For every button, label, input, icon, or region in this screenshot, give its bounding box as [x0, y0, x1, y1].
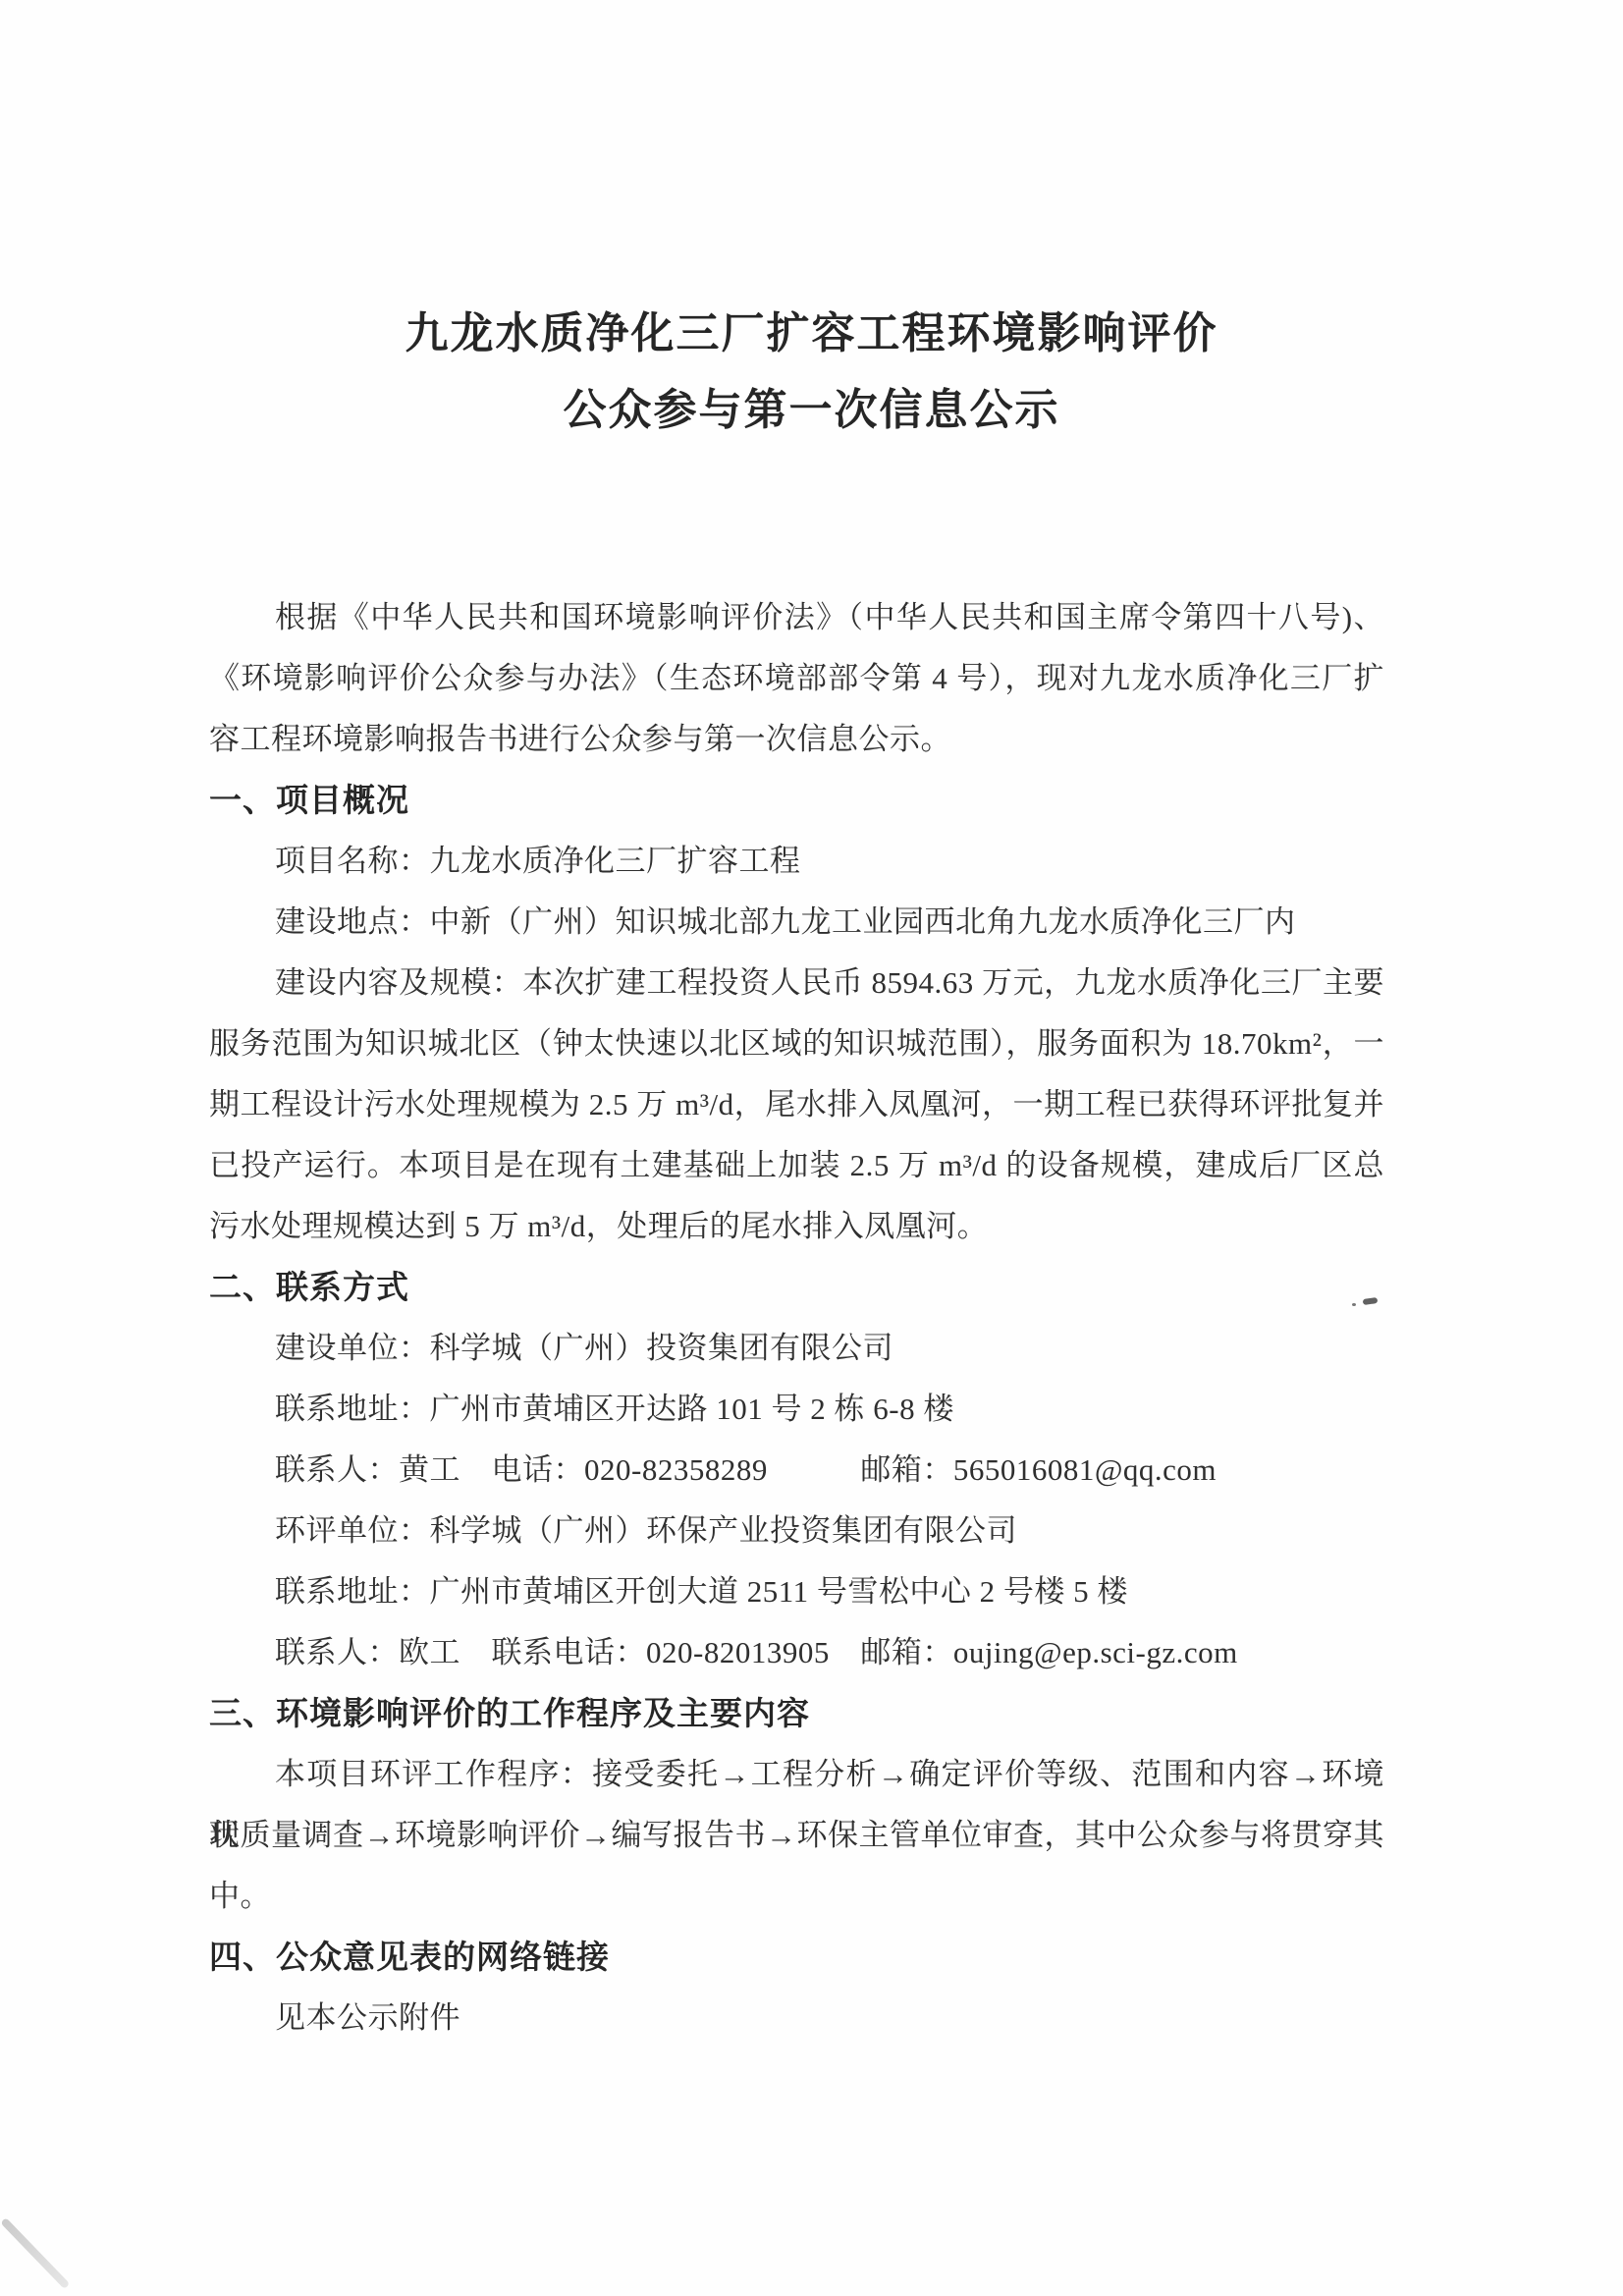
document-body: 根据《中华人民共和国环境影响评价法》（中华人民共和国主席令第四十八号)、 《环境… [209, 587, 1384, 2049]
attachment-note-line: 见本公示附件 [209, 1988, 1384, 2049]
document-title-line1: 九龙水质净化三厂扩容工程环境影响评价 [0, 296, 1623, 372]
project-scale-line: 污水处理规模达到 5 万 m³/d，处理后的尾水排入凤凰河。 [209, 1196, 1384, 1257]
intro-line: 根据《中华人民共和国环境影响评价法》（中华人民共和国主席令第四十八号)、 [209, 587, 1384, 648]
procedure-line: 状质量调查→环境影响评价→编写报告书→环保主管单位审查，其中公众参与将贯穿其 [209, 1805, 1384, 1866]
procedure-line: 中。 [209, 1866, 1384, 1927]
contact-person-line: 联系人：欧工 联系电话：020-82013905 邮箱：oujing@ep.sc… [209, 1622, 1384, 1683]
project-scale-line: 期工程设计污水处理规模为 2.5 万 m³/d，尾水排入凤凰河，一期工程已获得环… [209, 1074, 1384, 1135]
section-heading-feedback-link: 四、公众意见表的网络链接 [209, 1927, 1384, 1988]
contact-person-line: 联系人：黄工 电话：020-82358289 邮箱：565016081@qq.c… [209, 1440, 1384, 1501]
project-scale-line: 服务范围为知识城北区（钟太快速以北区域的知识城范围），服务面积为 18.70km… [209, 1013, 1384, 1074]
project-name-line: 项目名称：九龙水质净化三厂扩容工程 [209, 831, 1384, 892]
project-location-line: 建设地点：中新（广州）知识城北部九龙工业园西北角九龙水质净化三厂内 [209, 892, 1384, 953]
document-title: 九龙水质净化三厂扩容工程环境影响评价 公众参与第一次信息公示 [0, 296, 1623, 449]
document-title-line2: 公众参与第一次信息公示 [0, 372, 1623, 449]
construction-unit-line: 建设单位：科学城（广州）投资集团有限公司 [209, 1318, 1384, 1379]
ink-dot-artifact [1352, 1303, 1356, 1306]
scan-streak-artifact [0, 2217, 70, 2289]
section-heading-project-overview: 一、项目概况 [209, 770, 1384, 831]
contact-address-line: 联系地址：广州市黄埔区开达路 101 号 2 栋 6-8 楼 [209, 1379, 1384, 1440]
section-heading-work-procedure: 三、环境影响评价的工作程序及主要内容 [209, 1683, 1384, 1744]
contact-address-line: 联系地址：广州市黄埔区开创大道 2511 号雪松中心 2 号楼 5 楼 [209, 1561, 1384, 1622]
document-page: 九龙水质净化三厂扩容工程环境影响评价 公众参与第一次信息公示 根据《中华人民共和… [0, 0, 1623, 2296]
procedure-line: 本项目环评工作程序：接受委托→工程分析→确定评价等级、范围和内容→环境现 [209, 1744, 1384, 1805]
project-scale-line: 建设内容及规模：本次扩建工程投资人民币 8594.63 万元，九龙水质净化三厂主… [209, 953, 1384, 1013]
eia-unit-line: 环评单位：科学城（广州）环保产业投资集团有限公司 [209, 1501, 1384, 1561]
section-heading-contact-info: 二、联系方式 [209, 1257, 1384, 1318]
intro-line: 《环境影响评价公众参与办法》（生态环境部部令第 4 号），现对九龙水质净化三厂扩 [209, 648, 1384, 709]
intro-line: 容工程环境影响报告书进行公众参与第一次信息公示。 [209, 709, 1384, 770]
project-scale-line: 已投产运行。本项目是在现有土建基础上加装 2.5 万 m³/d 的设备规模，建成… [209, 1135, 1384, 1196]
